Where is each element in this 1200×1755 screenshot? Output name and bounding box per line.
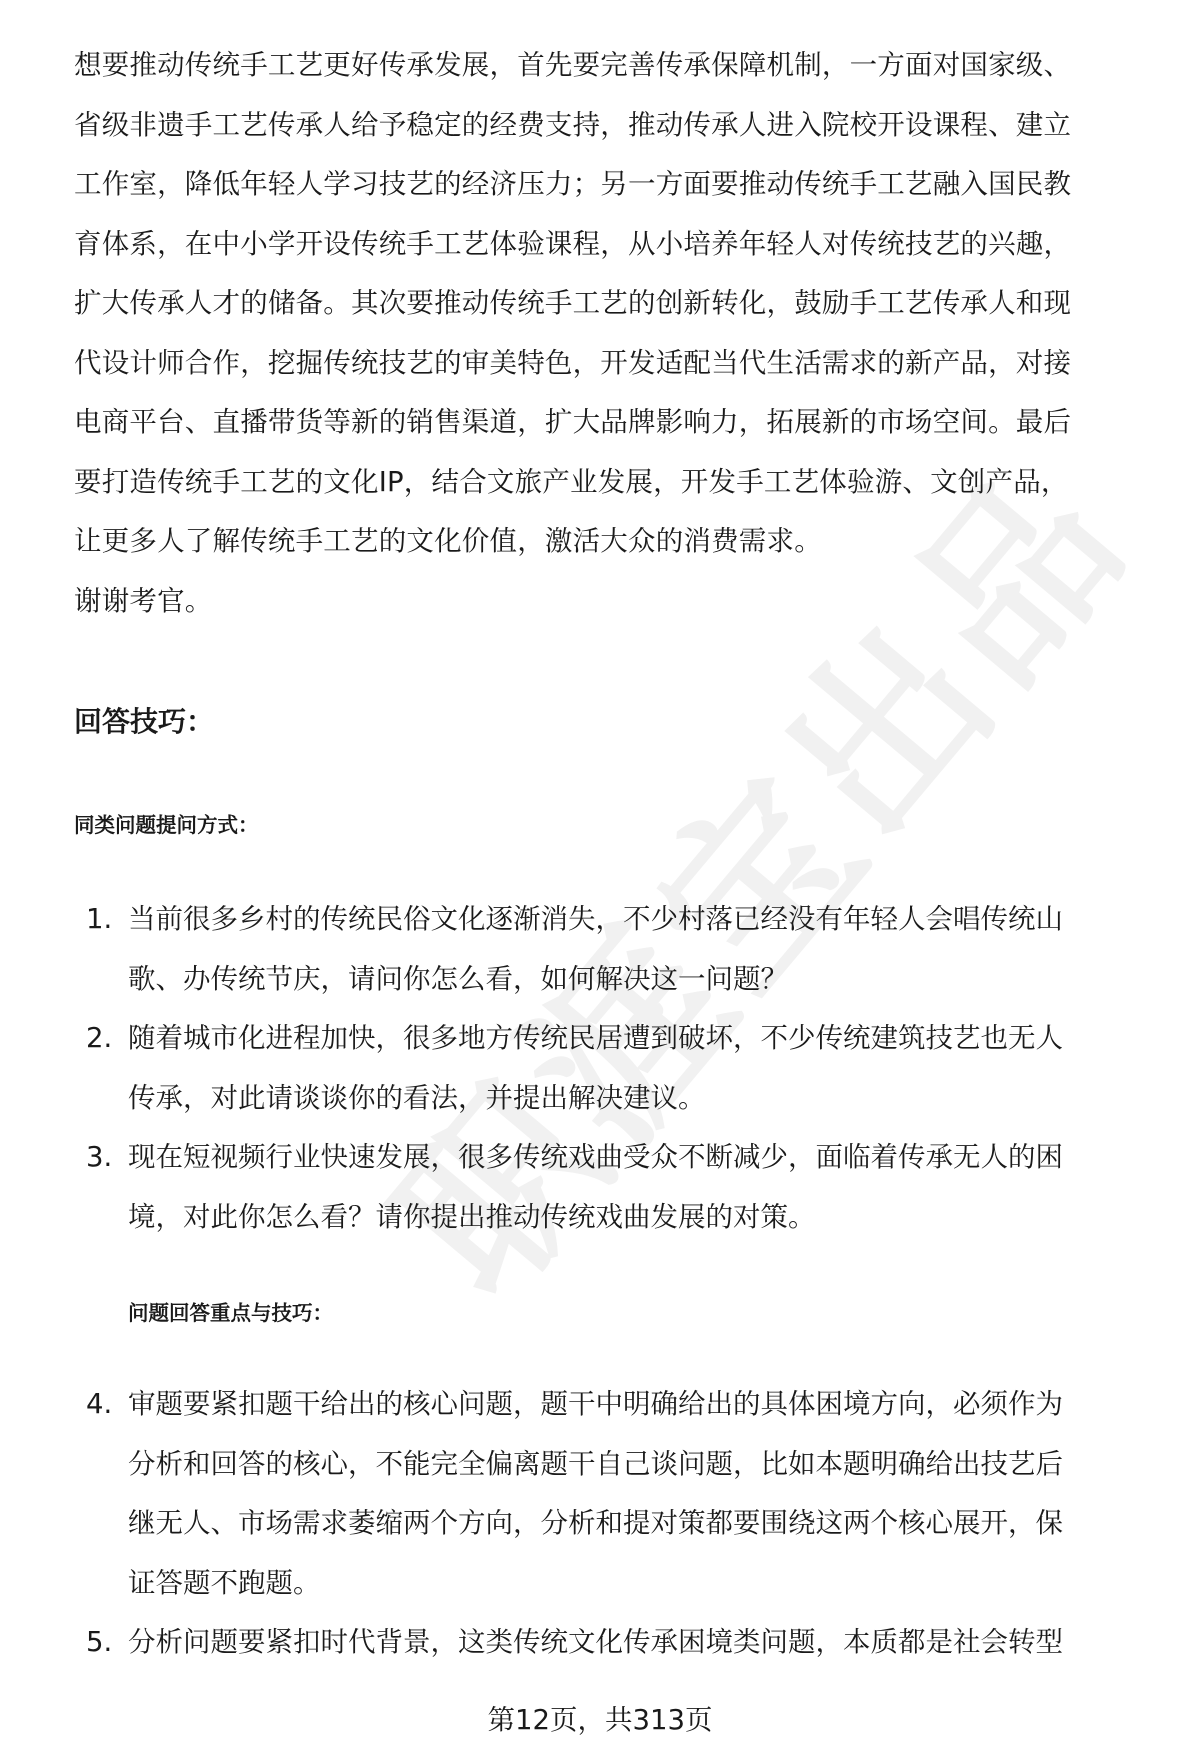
similar-questions-list: 1. 当前很多乡村的传统民俗文化逐渐消失，不少村落已经没有年轻人会唱传统山 歌、…: [74, 890, 1174, 1247]
list-item: 4. 审题要紧扣题干给出的核心问题，题干中明确给出的具体困境方向，必须作为 分析…: [74, 1375, 1174, 1613]
list-item: 1. 当前很多乡村的传统民俗文化逐渐消失，不少村落已经没有年轻人会唱传统山 歌、…: [74, 890, 1174, 1009]
item-line: 随着城市化进程加快，很多地方传统民居遭到破坏，不少传统建筑技艺也无人: [128, 1009, 1174, 1069]
paragraph-line: 想要推动传统手工艺更好传承发展，首先要完善传承保障机制，一方面对国家级、: [74, 36, 1164, 96]
item-line: 现在短视频行业快速发展，很多传统戏曲受众不断减少，面临着传承无人的困: [128, 1128, 1174, 1188]
item-line: 歌、办传统节庆，请问你怎么看，如何解决这一问题？: [128, 950, 1174, 1010]
paragraph-line: 省级非遗手工艺传承人给予稳定的经费支持，推动传承人进入院校开设课程、建立: [74, 96, 1164, 156]
paragraph-line: 扩大传承人才的储备。其次要推动传统手工艺的创新转化，鼓励手工艺传承人和现: [74, 274, 1164, 334]
similar-questions-heading: 同类问题提问方式：: [74, 808, 259, 838]
page-number-label: 第12页，共313页: [488, 1704, 713, 1736]
item-line: 境，对此你怎么看？请你提出推动传统戏曲发展的对策。: [128, 1188, 1174, 1248]
item-number: 4.: [86, 1375, 112, 1435]
item-line: 分析和回答的核心，不能完全偏离题干自己谈问题，比如本题明确给出技艺后: [128, 1435, 1174, 1495]
key-points-heading: 问题回答重点与技巧：: [128, 1296, 333, 1326]
tips-heading: 回答技巧：: [74, 700, 214, 740]
list-item: 5. 分析问题要紧扣时代背景，这类传统文化传承困境类问题，本质都是社会转型: [74, 1613, 1174, 1673]
paragraph-line: 电商平台、直播带货等新的销售渠道，扩大品牌影响力，拓展新的市场空间。最后: [74, 393, 1164, 453]
paragraph-line: 工作室，降低年轻人学习技艺的经济压力；另一方面要推动传统手工艺融入国民教: [74, 155, 1164, 215]
key-points-list: 4. 审题要紧扣题干给出的核心问题，题干中明确给出的具体困境方向，必须作为 分析…: [74, 1375, 1174, 1673]
list-item: 2. 随着城市化进程加快，很多地方传统民居遭到破坏，不少传统建筑技艺也无人 传承…: [74, 1009, 1174, 1128]
item-number: 3.: [86, 1128, 112, 1188]
list-item: 3. 现在短视频行业快速发展，很多传统戏曲受众不断减少，面临着传承无人的困 境，…: [74, 1128, 1174, 1247]
paragraph-line: 育体系，在中小学开设传统手工艺体验课程，从小培养年轻人对传统技艺的兴趣，: [74, 215, 1164, 275]
item-line: 继无人、市场需求萎缩两个方向，分析和提对策都要围绕这两个核心展开，保: [128, 1494, 1174, 1554]
item-number: 5.: [86, 1613, 112, 1673]
paragraph-line: 让更多人了解传统手工艺的文化价值，激活大众的消费需求。: [74, 512, 1164, 572]
page-footer: 第12页，共313页: [0, 1700, 1200, 1740]
item-line: 证答题不跑题。: [128, 1554, 1174, 1614]
item-line: 分析问题要紧扣时代背景，这类传统文化传承困境类问题，本质都是社会转型: [128, 1613, 1174, 1673]
item-line: 当前很多乡村的传统民俗文化逐渐消失，不少村落已经没有年轻人会唱传统山: [128, 890, 1174, 950]
paragraph-line: 要打造传统手工艺的文化IP，结合文旅产业发展，开发手工艺体验游、文创产品，: [74, 453, 1164, 513]
item-number: 2.: [86, 1009, 112, 1069]
closing-line: 谢谢考官。: [74, 572, 1164, 632]
paragraph-line: 代设计师合作，挖掘传统技艺的审美特色，开发适配当代生活需求的新产品，对接: [74, 334, 1164, 394]
item-line: 传承，对此请谈谈你的看法，并提出解决建议。: [128, 1069, 1174, 1129]
answer-paragraph: 想要推动传统手工艺更好传承发展，首先要完善传承保障机制，一方面对国家级、 省级非…: [74, 36, 1164, 631]
item-number: 1.: [86, 890, 112, 950]
item-line: 审题要紧扣题干给出的核心问题，题干中明确给出的具体困境方向，必须作为: [128, 1375, 1174, 1435]
